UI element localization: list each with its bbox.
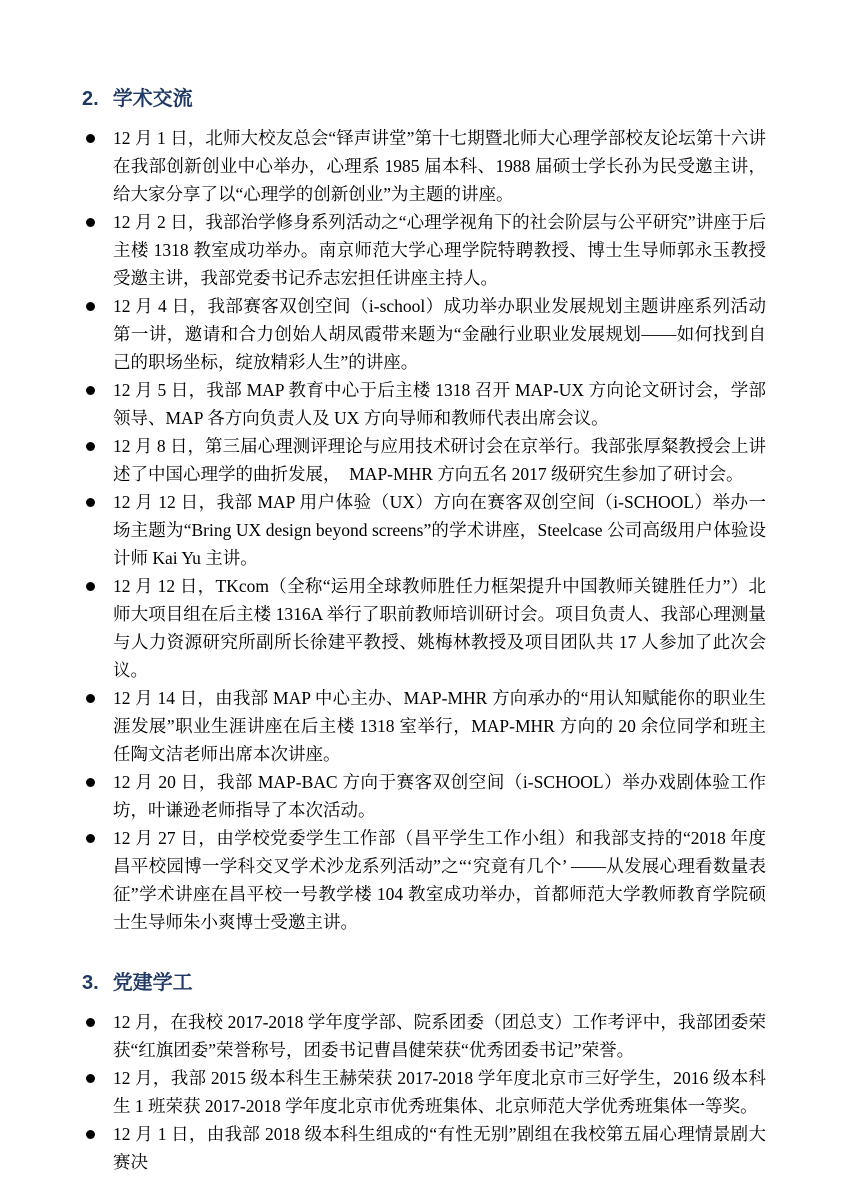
- list-item-text: 12 月 12 日，TKcom（全称“运用全球教师胜任力框架提升中国教师关键胜任…: [113, 576, 766, 680]
- bullet-icon: [86, 582, 95, 591]
- list-item: 12 月 5 日，我部 MAP 教育中心于后主楼 1318 召开 MAP-UX …: [113, 376, 766, 432]
- bullet-list: 12 月，在我校 2017-2018 学年度学部、院系团委（团总支）工作考评中，…: [113, 1008, 766, 1176]
- bullet-icon: [86, 302, 95, 311]
- list-item: 12 月 27 日，由学校党委学生工作部（昌平学生工作小组）和我部支持的“201…: [113, 824, 766, 936]
- list-item-text: 12 月 8 日，第三届心理测评理论与应用技术研讨会在京举行。我部张厚粲教授会上…: [113, 436, 766, 484]
- list-item: 12 月 12 日，我部 MAP 用户体验（UX）方向在赛客双创空间（i-SCH…: [113, 488, 766, 572]
- list-item-text: 12 月 1 日，由我部 2018 级本科生组成的“有性无别”剧组在我校第五届心…: [113, 1124, 766, 1172]
- bullet-icon: [86, 1018, 95, 1027]
- list-item-text: 12 月 5 日，我部 MAP 教育中心于后主楼 1318 召开 MAP-UX …: [113, 380, 766, 428]
- list-item-text: 12 月 14 日，由我部 MAP 中心主办、MAP-MHR 方向承办的“用认知…: [113, 688, 766, 764]
- section-party-student-work: 3. 党建学工 12 月，在我校 2017-2018 学年度学部、院系团委（团总…: [0, 970, 848, 1176]
- document-page: 2. 学术交流 12 月 1 日，北师大校友总会“铎声讲堂”第十七期暨北师大心理…: [0, 0, 848, 1200]
- bullet-icon: [86, 778, 95, 787]
- list-item-text: 12 月 1 日，北师大校友总会“铎声讲堂”第十七期暨北师大心理学部校友论坛第十…: [113, 128, 766, 204]
- list-item: 12 月，我部 2015 级本科生王赫荣获 2017-2018 学年度北京市三好…: [113, 1064, 766, 1120]
- bullet-list: 12 月 1 日，北师大校友总会“铎声讲堂”第十七期暨北师大心理学部校友论坛第十…: [113, 124, 766, 936]
- list-item-text: 12 月 27 日，由学校党委学生工作部（昌平学生工作小组）和我部支持的“201…: [113, 828, 766, 932]
- section-number: 3.: [82, 970, 99, 996]
- bullet-icon: [86, 134, 95, 143]
- bullet-icon: [86, 442, 95, 451]
- list-item: 12 月 1 日，由我部 2018 级本科生组成的“有性无别”剧组在我校第五届心…: [113, 1120, 766, 1176]
- section-heading: 3. 党建学工: [82, 970, 766, 996]
- list-item-text: 12 月 4 日，我部赛客双创空间（i-school）成功举办职业发展规划主题讲…: [113, 296, 766, 372]
- list-item: 12 月 12 日，TKcom（全称“运用全球教师胜任力框架提升中国教师关键胜任…: [113, 572, 766, 684]
- section-heading: 2. 学术交流: [82, 86, 766, 112]
- section-number: 2.: [82, 86, 99, 112]
- section-title: 党建学工: [113, 970, 193, 996]
- list-item: 12 月 2 日，我部治学修身系列活动之“心理学视角下的社会阶层与公平研究”讲座…: [113, 208, 766, 292]
- list-item-text: 12 月 20 日，我部 MAP-BAC 方向于赛客双创空间（i-SCHOOL）…: [113, 772, 766, 820]
- list-item: 12 月 20 日，我部 MAP-BAC 方向于赛客双创空间（i-SCHOOL）…: [113, 768, 766, 824]
- list-item-text: 12 月，我部 2015 级本科生王赫荣获 2017-2018 学年度北京市三好…: [113, 1068, 766, 1116]
- bullet-icon: [86, 218, 95, 227]
- bullet-icon: [86, 1074, 95, 1083]
- list-item-text: 12 月 12 日，我部 MAP 用户体验（UX）方向在赛客双创空间（i-SCH…: [113, 492, 766, 568]
- section-title: 学术交流: [113, 86, 193, 112]
- list-item: 12 月 1 日，北师大校友总会“铎声讲堂”第十七期暨北师大心理学部校友论坛第十…: [113, 124, 766, 208]
- bullet-icon: [86, 834, 95, 843]
- list-item-text: 12 月，在我校 2017-2018 学年度学部、院系团委（团总支）工作考评中，…: [113, 1012, 766, 1060]
- list-item: 12 月，在我校 2017-2018 学年度学部、院系团委（团总支）工作考评中，…: [113, 1008, 766, 1064]
- bullet-icon: [86, 1130, 95, 1139]
- list-item-text: 12 月 2 日，我部治学修身系列活动之“心理学视角下的社会阶层与公平研究”讲座…: [113, 212, 766, 288]
- section-academic-exchange: 2. 学术交流 12 月 1 日，北师大校友总会“铎声讲堂”第十七期暨北师大心理…: [0, 86, 848, 936]
- bullet-icon: [86, 386, 95, 395]
- list-item: 12 月 14 日，由我部 MAP 中心主办、MAP-MHR 方向承办的“用认知…: [113, 684, 766, 768]
- bullet-icon: [86, 694, 95, 703]
- bullet-icon: [86, 498, 95, 507]
- list-item: 12 月 8 日，第三届心理测评理论与应用技术研讨会在京举行。我部张厚粲教授会上…: [113, 432, 766, 488]
- list-item: 12 月 4 日，我部赛客双创空间（i-school）成功举办职业发展规划主题讲…: [113, 292, 766, 376]
